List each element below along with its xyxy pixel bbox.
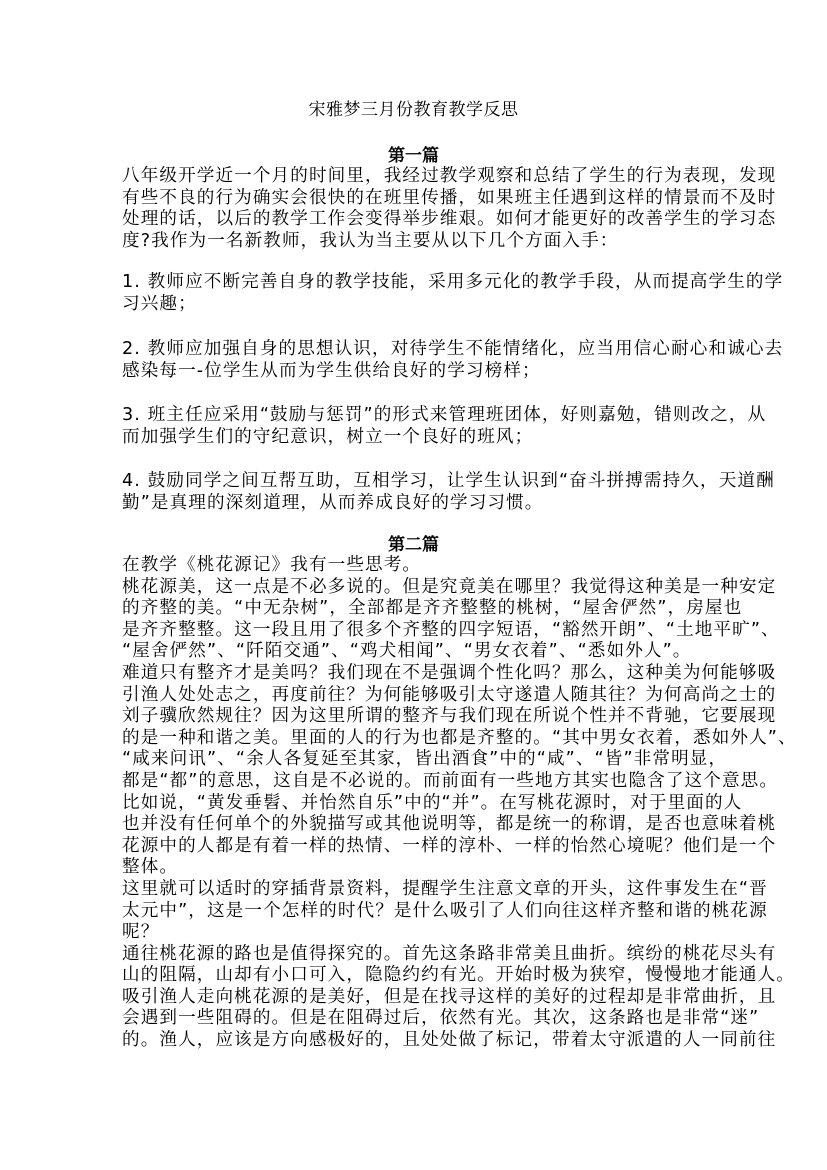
text-line: 3. 班主任应采用“鼓励与惩罚”的形式来管理班团体，好则嘉勉，错则改之，从 <box>122 405 712 427</box>
text-line: “屋舍俨然”、“阡陌交通”、“鸡犬相闻”、“男女衣着”、“悉如外人”。 <box>122 641 712 663</box>
section-heading-part2: 第二篇 <box>0 535 827 555</box>
text-line: 引渔人处处志之，再度前往？为何能够吸引太守遂遣人随其往？为何高尚之士的 <box>122 685 712 707</box>
text-line: 太元中”，这是一个怎样的时代？是什么吸引了人们向往这样齐整和谐的桃花源 <box>122 901 712 923</box>
text-line: 习兴趣； <box>122 294 712 316</box>
text-line: 是齐齐整整。这一段且用了很多个齐整的四字短语，“豁然开朗”、“土地平旷”、 <box>122 620 712 642</box>
text-line: 感染每一-位学生从而为学生供给良好的学习榜样； <box>122 361 712 383</box>
text-line: 都是“都”的意思，这自是不必说的。而前面有一些地方其实也隐含了这个意思。 <box>122 771 712 793</box>
text-line: 吸引渔人走向桃花源的是美好，但是在找寻这样的美好的过程却是非常曲折，且 <box>122 987 712 1009</box>
part1-item-1: 1. 教师应不断完善自身的教学技能，采用多元化的教学手段，从而提高学生的学 习兴… <box>122 272 712 315</box>
text-line: 的齐整的美。“中无杂树”，全部都是齐齐整整的桃树，“屋舍俨然”，房屋也 <box>122 598 712 620</box>
text-line: 勤”是真理的深刻道理，从而养成良好的学习习惯。 <box>122 493 712 515</box>
text-line: 有些不良的行为确实会很快的在班里传播，如果班主任遇到这样的情景而不及时 <box>122 188 712 210</box>
text-line: 呢？ <box>122 922 712 944</box>
text-line: 而加强学生们的守纪意识，树立一个良好的班风； <box>122 427 712 449</box>
text-line: “咸来问讯”、“余人各复延至其家，皆出酒食”中的“咸”、“皆”非常明显， <box>122 749 712 771</box>
part1-intro-paragraph: 八年级开学近一个月的时间里，我经过教学观察和总结了学生的行为表现，发现 有些不良… <box>122 166 712 252</box>
part1-item-4: 4. 鼓励同学之间互帮互助，互相学习，让学生认识到“奋斗拼搏需持久，天道酬 勤”… <box>122 471 712 514</box>
part2-body: 在教学《桃花源记》我有一些思考。 桃花源美，这一点是不必多说的。但是究竟美在哪里… <box>122 555 712 1052</box>
part1-item-2: 2. 教师应加强自身的思想认识，对待学生不能情绪化，应当用信心耐心和诚心去 感染… <box>122 339 712 382</box>
text-line: 整体。 <box>122 857 712 879</box>
text-line: 2. 教师应加强自身的思想认识，对待学生不能情绪化，应当用信心耐心和诚心去 <box>122 339 712 361</box>
section-heading-part1: 第一篇 <box>0 146 827 166</box>
text-line: 刘子骥欣然规往？因为这里所谓的整齐与我们现在所说个性并不背驰，它要展现 <box>122 706 712 728</box>
text-line: 4. 鼓励同学之间互帮互助，互相学习，让学生认识到“奋斗拼搏需持久，天道酬 <box>122 471 712 493</box>
text-line: 的是一种和谐之美。里面的人的行为也都是齐整的。“其中男女衣着，悉如外人”、 <box>122 728 712 750</box>
text-line: 山的阻隔，山却有小口可入，隐隐约约有光。开始时极为狭窄，慢慢地才能通人。 <box>122 965 712 987</box>
text-line: 难道只有整齐才是美吗？我们现在不是强调个性化吗？那么，这种美为何能够吸 <box>122 663 712 685</box>
text-line: 桃花源美，这一点是不必多说的。但是究竟美在哪里？我觉得这种美是一种安定 <box>122 577 712 599</box>
text-line: 通往桃花源的路也是值得探究的。首先这条路非常美且曲折。缤纷的桃花尽头有 <box>122 944 712 966</box>
text-line: 的。渔人，应该是方向感极好的，且处处做了标记，带着太守派遣的人一同前往 <box>122 1030 712 1052</box>
text-line: 在教学《桃花源记》我有一些思考。 <box>122 555 712 577</box>
part1-item-3: 3. 班主任应采用“鼓励与惩罚”的形式来管理班团体，好则嘉勉，错则改之，从 而加… <box>122 405 712 448</box>
document-title: 宋雅梦三月份教育教学反思 <box>0 100 827 120</box>
text-line: 也并没有任何单个的外貌描写或其他说明等，都是统一的称谓，是否也意味着桃 <box>122 814 712 836</box>
text-line: 会遇到一些阻碍的。但是在阻碍过后，依然有光。其次，这条路也是非常“迷” <box>122 1008 712 1030</box>
text-line: 花源中的人都是有着一样的热情、一样的淳朴、一样的怡然心境呢？他们是一个 <box>122 836 712 858</box>
document-page: 宋雅梦三月份教育教学反思 第一篇 八年级开学近一个月的时间里，我经过教学观察和总… <box>0 0 827 1170</box>
text-line: 1. 教师应不断完善自身的教学技能，采用多元化的教学手段，从而提高学生的学 <box>122 272 712 294</box>
text-line: 八年级开学近一个月的时间里，我经过教学观察和总结了学生的行为表现，发现 <box>122 166 712 188</box>
text-line: 这里就可以适时的穿插背景资料，提醒学生注意文章的开头，这件事发生在“晋 <box>122 879 712 901</box>
text-line: 比如说，“黄发垂髫、并怡然自乐”中的“并”。在写桃花源时，对于里面的人 <box>122 793 712 815</box>
text-line: 处理的话，以后的教学工作会变得举步维艰。如何才能更好的改善学生的学习态 <box>122 209 712 231</box>
text-line: 度?我作为一名新教师，我认为当主要从以下几个方面入手： <box>122 231 712 253</box>
